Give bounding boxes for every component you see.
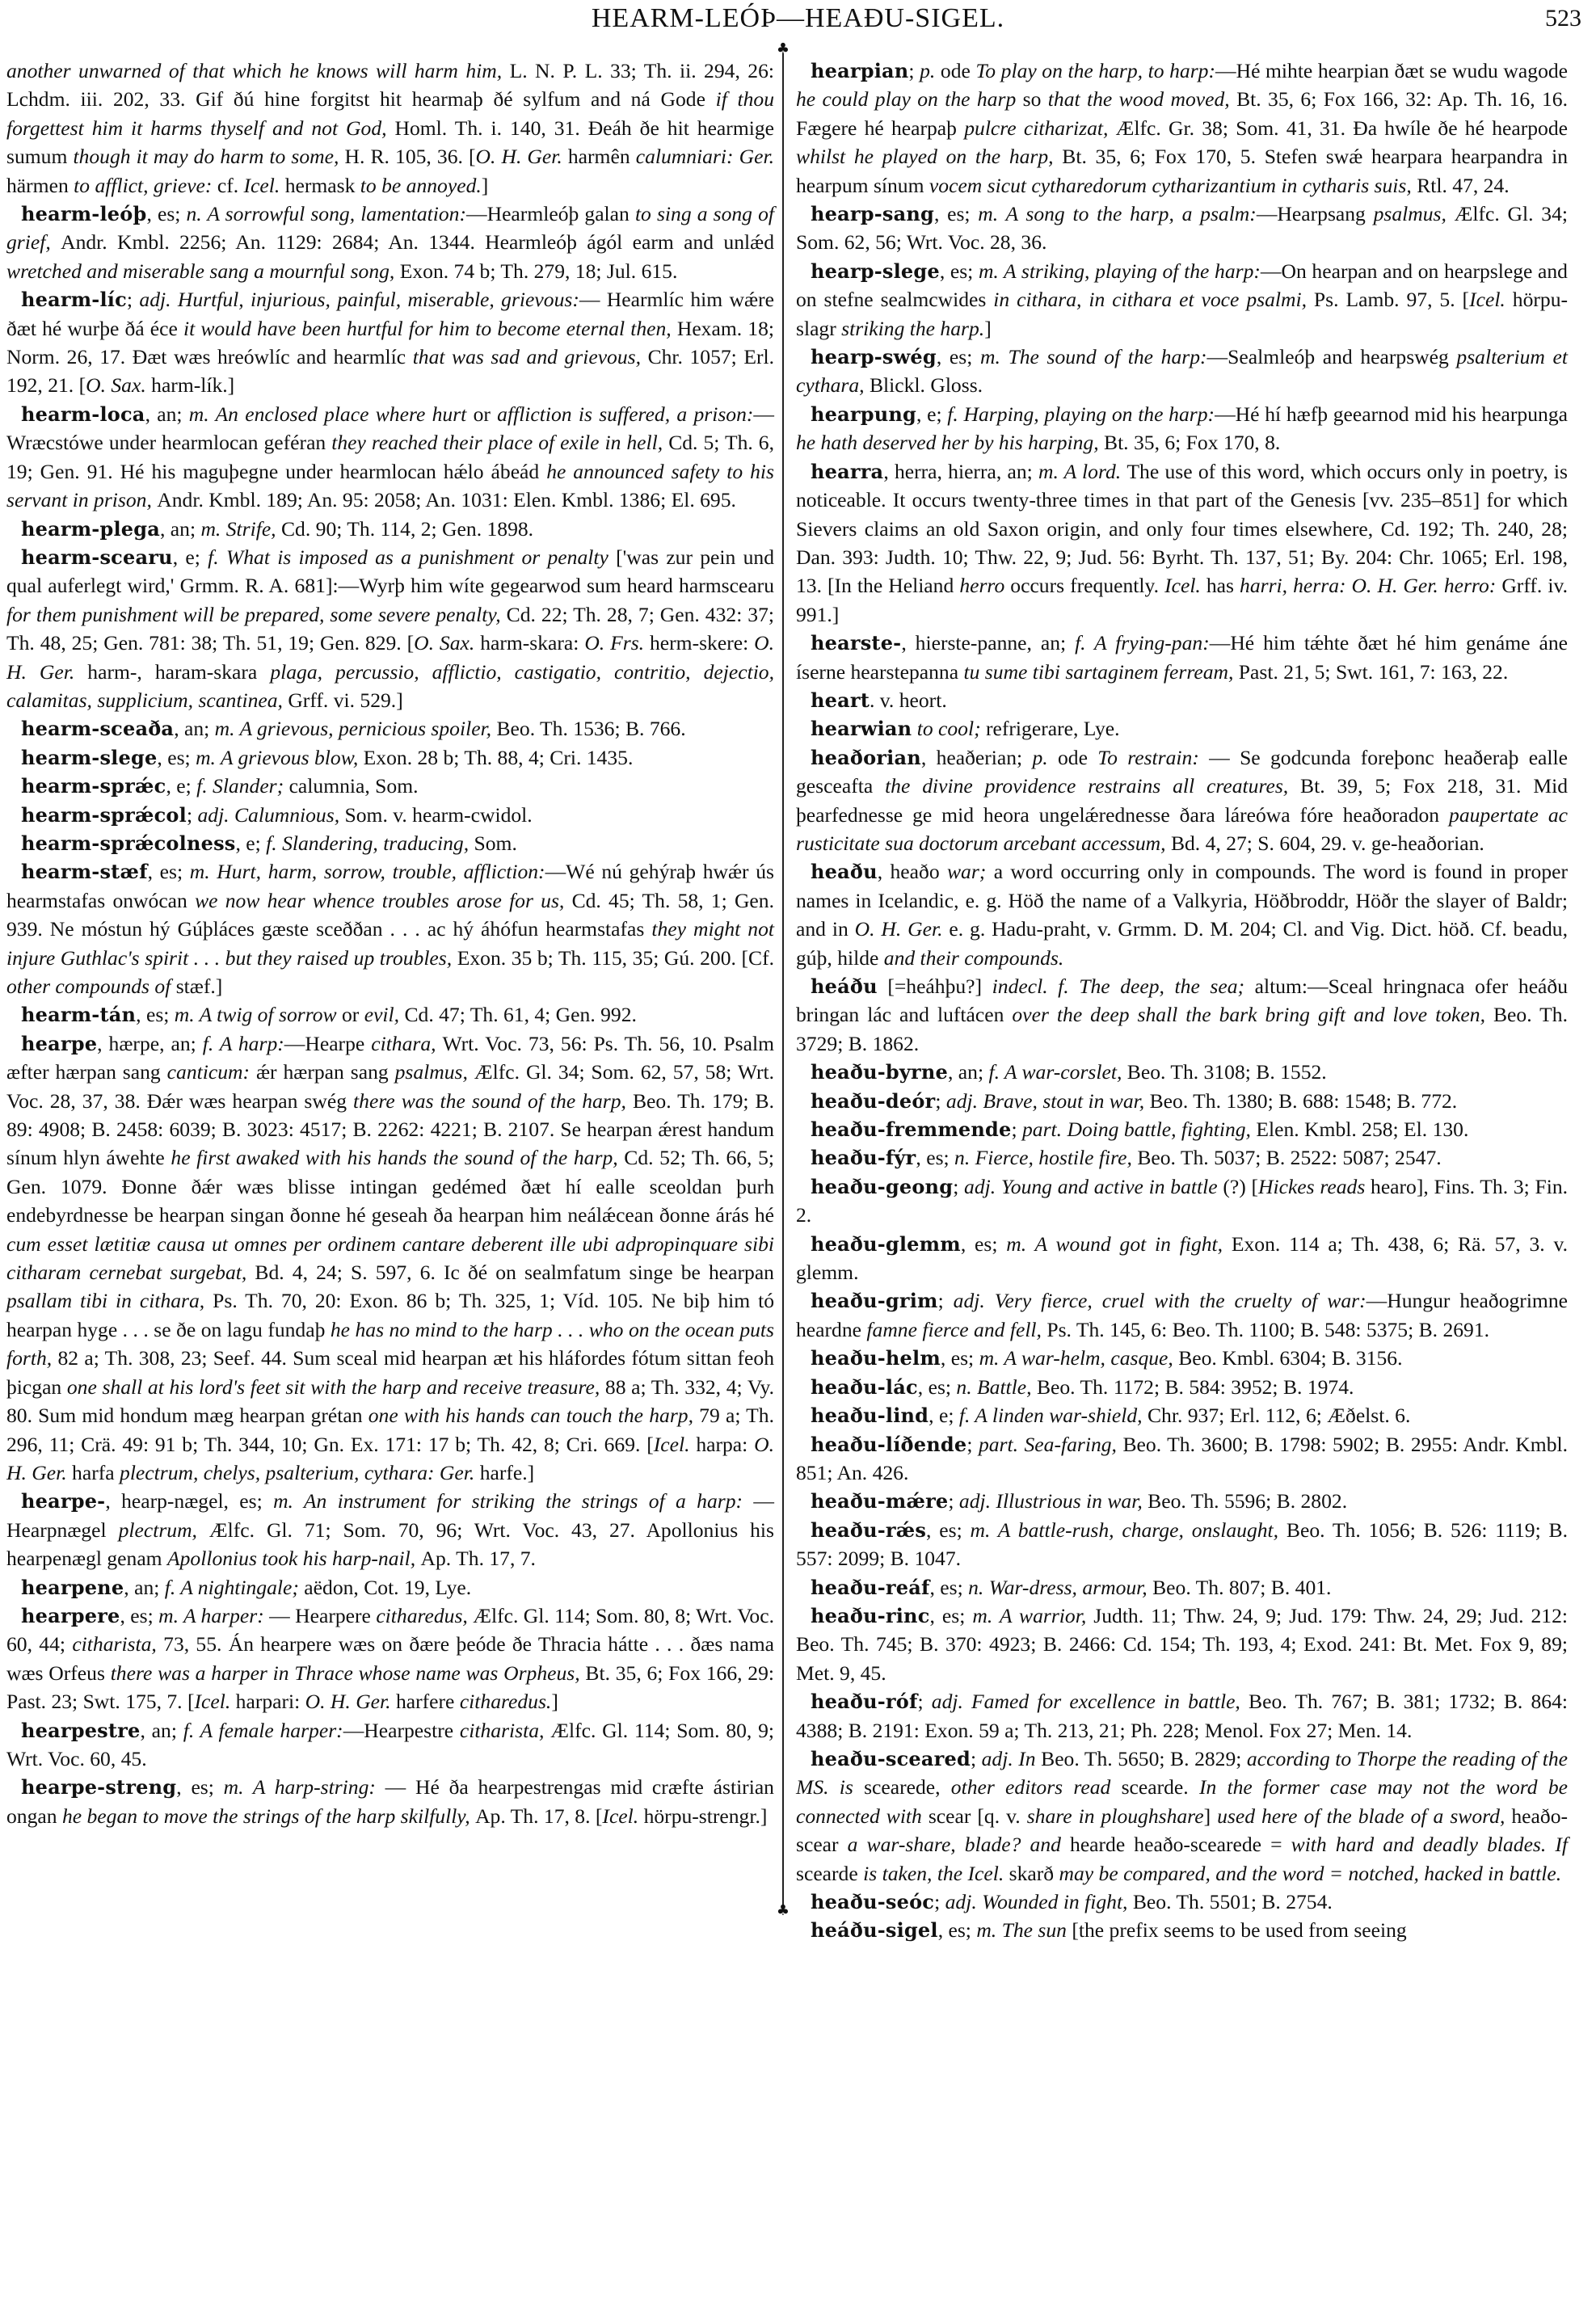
headword: heaðu-reáf [811,1576,929,1599]
headword: hearpe- [21,1489,105,1513]
dictionary-entry: hearm-tán, es; m. A twig of sorrow or ev… [6,1000,774,1029]
roman-text: , e; [929,1404,959,1427]
dictionary-entry: hearpene, an; f. A nightingale; aëdon, C… [6,1573,774,1602]
italic-text: m. Hurt, harm, sorrow, trouble, afflicti… [190,860,545,883]
roman-text: Exon. 28 b; Th. 88, 4; Cri. 1435. [364,746,634,769]
italic-text: he hath deserved her by his harping, [796,431,1104,454]
roman-text: refrigerare, Lye. [986,717,1120,740]
italic-text: indecl. f. The deep, the sea; [992,974,1255,998]
italic-text: adj. Very fierce, cruel with the cruelty… [954,1289,1366,1312]
headword: hearm-sprǽcol [21,803,187,827]
italic-text: over the deep shall the bark bring gift … [1012,1003,1493,1026]
italic-text: citharista, [72,1632,163,1656]
italic-text: pulcre citharizat, [964,116,1115,140]
italic-text: they reached their place of exile in hel… [331,431,668,454]
roman-text: , es; [941,1346,979,1370]
roman-text: Beo. Kmbl. 6304; B. 3156. [1178,1346,1402,1370]
headword: heaðu [811,860,878,883]
italic-text: in cithara, in cithara et voce psalmi, [993,288,1314,311]
italic-text: m. Strife, [200,517,281,541]
italic-text: he could play on the harp [796,87,1023,111]
italic-text: citharedus, [376,1604,473,1627]
italic-text: Icel. [654,1433,697,1456]
headword: hearm-tán [21,1003,136,1026]
roman-text: Bd. 4, 24; S. 597, 6. Ic ðé on sealmfatu… [255,1261,774,1284]
italic-text: adj. Calumnious, [197,803,344,827]
roman-text: harpari: [236,1690,305,1713]
dictionary-entry: hearra, herra, hierra, an; m. A lord. Th… [796,457,1568,629]
italic-text: m. A grievous blow, [196,746,364,769]
dictionary-entry: heáðu-sigel, es; m. The sun [the prefix … [796,1916,1568,1944]
headword: heaðu-byrne [811,1060,948,1084]
italic-text: psalmus, [1374,202,1455,225]
dictionary-entry: hearm-stæf, es; m. Hurt, harm, sorrow, t… [6,857,774,1000]
italic-text: to afflict, grieve: [74,174,217,197]
roman-text: , an; [948,1060,988,1084]
italic-text: war; [947,860,994,883]
headword: hearm-scearu [21,545,173,569]
italic-text: n. Fierce, hostile fire, [954,1146,1137,1169]
roman-text: ] [482,174,489,197]
roman-text: Beo. Th. 1536; B. 766. [496,717,685,740]
dictionary-entry: heaðu-líðende; part. Sea-faring, Beo. Th… [796,1430,1568,1488]
dictionary-entry: hearm-sprǽcolness, e; f. Slandering, tra… [6,829,774,857]
roman-text: , es; [926,1518,971,1542]
italic-text: O. Sax. [414,631,480,655]
roman-text: , es; [929,1576,968,1599]
roman-text: Past. 21, 5; Swt. 161, 7: 163, 22. [1239,660,1508,684]
italic-text: canticum: [167,1060,256,1084]
roman-text: , heaðo [878,860,947,883]
roman-text: Cd. 47; Th. 61, 4; Gen. 992. [404,1003,636,1026]
roman-text: Ap. Th. 17, 7. [421,1547,536,1570]
headword: hearpian [811,59,908,82]
roman-text: herm-skere: [650,631,754,655]
roman-text: , herra, hierra, an; [883,460,1038,483]
dictionary-entry: hearp-sang, es; m. A song to the harp, a… [796,200,1568,257]
italic-text: famne fierce and fell, [866,1318,1046,1341]
roman-text: Blickl. Gloss. [870,373,983,397]
italic-text: we now hear whence troubles arose for us… [195,889,571,912]
roman-text: —Hé hí hæfþ geearnod mid his hearpunga [1215,402,1568,426]
roman-text: , es; [136,1003,175,1026]
roman-text: , e; [916,402,947,426]
italic-text: f. Harping, playing on the harp: [947,402,1215,426]
italic-text: vocem sicut cytharedorum cytharizantium … [929,174,1417,197]
headword: hearpe-streng [21,1775,176,1799]
italic-text: m. A song to the harp, a psalm: [978,202,1257,225]
italic-text: n. A sorrowful song, lamentation: [187,202,467,225]
roman-text: —Hearmleóþ galan [466,202,635,225]
roman-text: harfe.] [480,1461,534,1484]
italic-text: tu sume tibi sartaginem ferream, [964,660,1239,684]
roman-text: , hærpe, an; [97,1032,203,1055]
italic-text: calumniari: Ger. [636,145,774,168]
roman-text: Andr. Kmbl. 189; An. 95: 2058; An. 1031:… [157,488,736,511]
italic-text: whilst he played on the harp, [796,145,1062,168]
dictionary-entry: heaðu-reáf, es; n. War-dress, armour, Be… [796,1573,1568,1602]
roman-text: Bt. 35, 6; Fox 170, 8. [1104,431,1280,454]
roman-text: ] [1204,1804,1218,1828]
roman-text: cf. [217,174,244,197]
italic-text: Icel. [1164,574,1206,597]
italic-text: may be compared, and the word = notched,… [1059,1862,1561,1885]
roman-text: harpa: [696,1433,754,1456]
italic-text: psallam tibi in cithara, [6,1289,213,1312]
italic-text: cithara, [371,1032,442,1055]
roman-text: , an; [160,517,200,541]
dictionary-entry: heaðu-fremmende; part. Doing battle, fig… [796,1115,1568,1143]
dictionary-entry: heaðu-sceared; adj. In Beo. Th. 5650; B.… [796,1745,1568,1888]
italic-text: m. The sun [976,1918,1072,1942]
italic-text: and their compounds. [884,946,1064,970]
headword: heáðu [811,974,878,998]
roman-text: harfa [72,1461,120,1484]
roman-text: , es; [176,1775,223,1799]
roman-text: , es; [930,1604,973,1627]
italic-text: Icel. [602,1804,643,1828]
dictionary-entry: heaðu-byrne, an; f. A war-corslet, Beo. … [796,1058,1568,1086]
dictionary-entry: heaðu-rinc, es; m. A warrior, Judth. 11;… [796,1602,1568,1687]
dictionary-entry: hearm-scearu, e; f. What is imposed as a… [6,543,774,714]
headword: heaðu-fremmende [811,1118,1011,1141]
page-number: 523 [1545,5,1581,32]
italic-text: Apollonius took his harp-nail, [167,1547,421,1570]
italic-text: citharedus. [460,1690,552,1713]
italic-text: m. A grievous, pernicious spoiler, [215,717,497,740]
italic-text: f. A linden war-shield, [959,1404,1148,1427]
roman-text: has [1206,574,1240,597]
headword: hearm-stæf [21,860,148,883]
italic-text: O. Frs. [584,631,650,655]
roman-text: [=heáhþu?] [878,974,992,998]
italic-text: it would have been hurtful for him to be… [183,317,677,340]
roman-text: aëdon, Cot. 19, Lye. [304,1576,471,1599]
roman-text: Ps. Th. 145, 6: Beo. Th. 1100; B. 548: 5… [1046,1318,1489,1341]
headword: heaðorian [811,746,921,769]
headword: heaðu-helm [811,1346,941,1370]
roman-text: Bd. 4, 27; S. 604, 29. v. ge-heaðorian. [1171,831,1484,855]
italic-text: O. H. Ger. [476,145,568,168]
italic-text: f. Slandering, traducing, [266,831,474,855]
italic-text: adj. Brave, stout in war, [946,1089,1150,1113]
column-rule-ornament-bottom-icon: ♣ [776,1904,790,1918]
roman-text: ; [953,1175,964,1198]
italic-text: with hard and deadly blades. If [1291,1833,1568,1856]
dictionary-entry: hearp-slege, es; m. A striking, playing … [796,257,1568,343]
dictionary-entry: hearp-swég, es; m. The sound of the harp… [796,343,1568,400]
italic-text: m. A harper: [158,1604,264,1627]
italic-text: harri, herra: O. H. Ger. herro: [1240,574,1501,597]
headword: heaðu-mǽre [811,1489,948,1513]
dictionary-entry: hearpestre, an; f. A female harper:—Hear… [6,1716,774,1774]
italic-text: he began to move the strings of the harp… [62,1804,475,1828]
roman-text: — Hearpere [264,1604,377,1627]
headword: heaðu-líðende [811,1433,966,1456]
dictionary-entry: heaðu-mǽre; adj. Illustrious in war, Beo… [796,1487,1568,1515]
roman-text: , an; [145,402,189,426]
dictionary-entry: heaðorian, heaðerian; p. ode To restrain… [796,743,1568,858]
roman-text: , es; [934,202,978,225]
roman-text: , es; [937,345,980,368]
roman-text: ; [917,1690,931,1713]
headword: heaðu-fýr [811,1146,916,1169]
roman-text: scearde. [1122,1775,1199,1799]
roman-text: , es; [961,1232,1006,1256]
headword: heaðu-grim [811,1289,938,1312]
headword: hearm-leóþ [21,202,146,225]
italic-text: m. A harp-string: [224,1775,376,1799]
italic-text: part. Sea-faring, [979,1433,1123,1456]
roman-text: scear [q. v. [929,1804,1027,1828]
dictionary-entry: heaðu-helm, es; m. A war-helm, casque, B… [796,1344,1568,1372]
italic-text: striking the harp. [841,317,984,340]
roman-text: or [342,1003,364,1026]
italic-text: one shall at his lord's feet sit with th… [67,1375,605,1399]
roman-text: , es; [940,259,979,283]
roman-text: stæf.] [176,974,223,998]
dictionary-entry: heaðu-lind, e; f. A linden war-shield, C… [796,1401,1568,1429]
italic-text: other compounds of [6,974,176,998]
italic-text: psalmus, [395,1060,474,1084]
roman-text: , e; [166,774,196,798]
italic-text: to be annoyed. [360,174,482,197]
roman-text: occurs frequently. [1010,574,1164,597]
roman-text: , hierste-panne, an; [901,631,1075,655]
roman-text: , es; [157,746,196,769]
dictionary-entry: heart. v. heort. [796,686,1568,714]
roman-text: [the prefix seems to be used from seeing [1072,1918,1406,1942]
roman-text: harm-lík.] [151,373,234,397]
roman-text: harfere [396,1690,460,1713]
italic-text: n. Battle, [956,1375,1037,1399]
headword: heaðu-sceared [811,1747,971,1770]
italic-text: Icel. [1469,288,1513,311]
roman-text: or [474,402,498,426]
headword: hearpere [21,1604,120,1627]
dictionary-entry: hearm-leóþ, es; n. A sorrowful song, lam… [6,200,774,285]
italic-text: adj. Young and active in battle [964,1175,1223,1198]
roman-text: harm-skara: [480,631,584,655]
italic-text: O. H. Ger. [855,917,950,941]
dictionary-entry: hearpung, e; f. Harping, playing on the … [796,400,1568,457]
roman-text: Beo. Th. 807; B. 401. [1152,1576,1331,1599]
italic-text: other editors read [951,1775,1122,1799]
dictionary-entry: heaðu-glemm, es; m. A wound got in fight… [796,1230,1568,1287]
dictionary-entry: hearpe-, hearp-nægel, es; m. An instrume… [6,1487,774,1572]
roman-text: Grff. vi. 529.] [288,688,402,712]
italic-text: plectrum, [119,1518,209,1542]
italic-text: f. A war-corslet, [988,1060,1126,1084]
dictionary-entry: heaðu-seóc; adj. Wounded in fight, Beo. … [796,1888,1568,1916]
italic-text: adj. Famed for excellence in battle, [932,1690,1249,1713]
roman-text: , e; [173,545,208,569]
roman-text: Andr. Kmbl. 2256; An. 1129: 2684; An. 13… [61,230,774,254]
italic-text: Icel. [244,174,285,197]
italic-text: evil, [364,1003,405,1026]
italic-text: f. A female harper: [183,1719,343,1742]
right-column: hearpian; p. ode To play on the harp, to… [796,57,1568,1945]
italic-text: m. A lord. [1038,460,1126,483]
roman-text: ; [971,1747,982,1770]
headword: heaðu-seóc [811,1890,934,1913]
dictionary-entry: hearm-líc; adj. Hurtful, injurious, pain… [6,285,774,400]
headword: hearm-sprǽc [21,774,166,798]
roman-text: ode [1058,746,1097,769]
headword: heaðu-rǽs [811,1518,926,1542]
roman-text: so [1023,87,1048,111]
roman-text: . v. heort. [870,688,947,712]
italic-text: O. Sax. [86,373,151,397]
italic-text: n. War-dress, armour, [968,1576,1152,1599]
italic-text: m. A wound got in fight, [1006,1232,1232,1256]
italic-text: f. A frying-pan: [1075,631,1210,655]
roman-text: ; [935,1089,946,1113]
roman-text: , es; [916,1146,954,1169]
italic-text: p. [1032,746,1058,769]
roman-text: Beo. Th. 5037; B. 2522: 5087; 2547. [1137,1146,1441,1169]
italic-text: one with his hands can touch the harp, [368,1404,699,1427]
roman-text: Exon. 35 b; Th. 115, 35; Gú. 200. [Cf. [457,946,774,970]
roman-text: hermask [285,174,360,197]
headword: hearp-sang [811,202,934,225]
dictionary-entry: hearpe, hærpe, an; f. A harp:—Hearpe cit… [6,1029,774,1488]
headword: hearm-sceaða [21,717,174,740]
dictionary-entry: heaðu, heaðo war; a word occurring only … [796,857,1568,972]
roman-text: , an; [124,1576,164,1599]
roman-text: Som. [474,831,517,855]
italic-text: m. A battle-rush, charge, onslaught, [971,1518,1286,1542]
dictionary-entry: hearwian to cool; refrigerare, Lye. [796,714,1568,743]
roman-text: ; [966,1433,979,1456]
roman-text: ; [908,59,920,82]
dictionary-entry: hearpere, es; m. A harper: — Hearpere ci… [6,1602,774,1716]
italic-text: though it may do harm to some, [73,145,344,168]
roman-text: —Hearpsang [1257,202,1374,225]
roman-text: ; [938,1289,954,1312]
roman-text: ; [1011,1118,1022,1141]
roman-text: calumnia, Som. [289,774,419,798]
roman-text: Beo. Th. 5650; B. 2829; [1041,1747,1247,1770]
headword: heaðu-geong [811,1175,953,1198]
italic-text: to cool; [917,717,986,740]
headword: hearwian [811,717,912,740]
dictionary-entry: heaðu-rǽs, es; m. A battle-rush, charge,… [796,1516,1568,1573]
headword: hearpe [21,1032,97,1055]
roman-text: —Hearpe [284,1032,371,1055]
headword: heart [811,688,870,712]
dictionary-entry: heaðu-grim; adj. Very fierce, cruel with… [796,1286,1568,1344]
italic-text: p. [920,59,941,82]
italic-text: adj. Wounded in fight, [945,1890,1133,1913]
italic-text: used here of the blade of a sword, [1217,1804,1511,1828]
italic-text: affliction is suffered, a prison: [497,402,753,426]
roman-text: ; [127,288,139,311]
roman-text: Ap. Th. 17, 8. [ [475,1804,602,1828]
dictionary-entry: hearpe-streng, es; m. A harp-string: — H… [6,1773,774,1830]
dictionary-entry: heaðu-fýr, es; n. Fierce, hostile fire, … [796,1143,1568,1172]
left-column: another unwarned of that which he knows … [6,57,774,1830]
entry-continuation: another unwarned of that which he knows … [6,57,774,200]
headword: hearm-plega [21,517,160,541]
headword: hearm-slege [21,746,157,769]
headword: hearpestre [21,1719,140,1742]
roman-text: ; [934,1890,945,1913]
roman-text: scearde [796,1862,863,1885]
headword: heáðu-sigel [811,1918,938,1942]
italic-text: wretched and miserable sang a mournful s… [6,259,400,283]
italic-text: f. What is imposed as a punishment or pe… [208,545,616,569]
roman-text: Beo. Th. 1380; B. 688: 1548; B. 772. [1150,1089,1458,1113]
headword: heaðu-rinc [811,1604,930,1627]
italic-text: adj. Hurtful, injurious, painful, misera… [139,288,579,311]
roman-text: ; [187,803,198,827]
italic-text: share in ploughshare [1027,1804,1204,1828]
italic-text: f. A harp: [203,1032,284,1055]
headword: hearm-sprǽcolness [21,831,236,855]
italic-text: is taken, the Icel. [863,1862,1009,1885]
italic-text: f. Slander; [196,774,288,798]
italic-text: he first awaked with his hands the sound… [171,1146,624,1169]
headword: heaðu-róf [811,1690,917,1713]
roman-text: (?) [ [1223,1175,1258,1198]
roman-text: Ælfc. Gr. 38; Som. 41, 31. Ða hwíle ðe h… [1116,116,1568,140]
roman-text: , hearp-nægel, es; [105,1489,273,1513]
headword: heaðu-glemm [811,1232,961,1256]
dictionary-entry: heaðu-deór; adj. Brave, stout in war, Be… [796,1087,1568,1115]
roman-text: , an; [140,1719,183,1742]
roman-text: skarð [1009,1862,1059,1885]
roman-text: , heaðerian; [921,746,1033,769]
roman-text: Chr. 937; Erl. 112, 6; Æðelst. 6. [1148,1404,1410,1427]
italic-text: there was a harper in Thrace whose name … [111,1661,586,1685]
italic-text: that was sad and grievous, [413,345,648,368]
roman-text: ] [551,1690,558,1713]
headword: hearm-líc [21,288,127,311]
headword: hearm-loca [21,402,145,426]
italic-text: for them punishment will be prepared, so… [6,603,507,626]
roman-text: Exon. 74 b; Th. 279, 18; Jul. 615. [400,259,678,283]
page-header: HEARM-LEÓÞ—HEAÐU-SIGEL. 523 [0,0,1596,48]
roman-text: Beo. Th. 5596; B. 2802. [1148,1489,1347,1513]
italic-text: m. A striking, playing of the harp: [979,259,1261,283]
italic-text: plectrum, chelys, psalterium, cythara: G… [120,1461,480,1484]
italic-text: m. A twig of sorrow [175,1003,342,1026]
roman-text: Elen. Kmbl. 258; El. 130. [1256,1118,1468,1141]
headword: hearste- [811,631,901,655]
italic-text: m. A warrior, [972,1604,1093,1627]
roman-text: hörpu-strengr.] [644,1804,768,1828]
italic-text: adj. In [982,1747,1042,1770]
headword: heaðu-deór [811,1089,935,1113]
running-head: HEARM-LEÓÞ—HEAÐU-SIGEL. [0,3,1596,34]
dictionary-entry: heáðu [=heáhþu?] indecl. f. The deep, th… [796,972,1568,1058]
headword: hearpene [21,1576,124,1599]
italic-text: Icel. [195,1690,236,1713]
roman-text: —Sealmleóþ and hearpswég [1207,345,1457,368]
italic-text: herro [959,574,1010,597]
headword: heaðu-lind [811,1404,929,1427]
roman-text: ǽr hærpan sang [256,1060,395,1084]
roman-text: —Hé mihte hearpian ðæt se wudu wagode [1215,59,1568,82]
italic-text: m. An instrument for striking the string… [273,1489,743,1513]
italic-text: the divine providence restrains all crea… [885,774,1300,798]
italic-text: citharista, [460,1719,550,1742]
roman-text: , an; [174,717,214,740]
dictionary-entry: hearm-plega, an; m. Strife, Cd. 90; Th. … [6,515,774,543]
roman-text: Cd. 90; Th. 114, 2; Gen. 1898. [281,517,533,541]
roman-text: , es; [146,202,186,225]
